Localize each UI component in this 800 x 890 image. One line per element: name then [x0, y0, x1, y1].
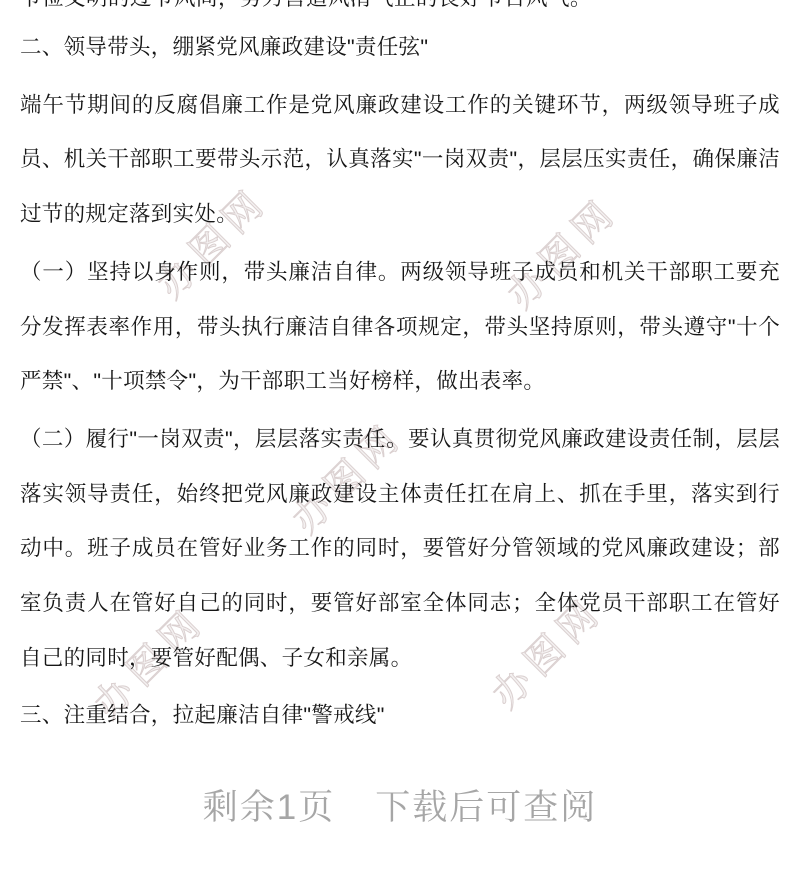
- document-page: 办图网 办图网 办图网 办图网 办图网 节俭文明的过节风尚，努力营造风清气正的良…: [0, 0, 800, 890]
- section-heading-2: 二、领导带头，绷紧党风廉政建设"责任弦": [20, 20, 780, 75]
- paragraph-intro: 端午节期间的反腐倡廉工作是党风廉政建设工作的关键环节，两级领导班子成员、机关干部…: [20, 78, 780, 242]
- clipped-text: 节俭文明的过节风尚，努力营造风清气正的良好节日风气。: [20, 0, 780, 12]
- paragraph-item-1: （一）坚持以身作则，带头廉洁自律。两级领导班子成员和机关干部职工要充分发挥表率作…: [20, 245, 780, 409]
- paragraph-item-2: （二）履行"一岗双责"，层层落实责任。要认真贯彻党风廉政建设责任制，层层落实领导…: [20, 412, 780, 686]
- download-hint-label: 下载后可查阅: [375, 788, 597, 827]
- pages-remaining-label: 剩余1页: [203, 788, 335, 827]
- document-body: 节俭文明的过节风尚，努力营造风清气正的良好节日风气。 二、领导带头，绷紧党风廉政…: [0, 0, 800, 743]
- footer-notice: 剩余1页下载后可查阅: [0, 784, 800, 832]
- section-heading-3: 三、注重结合，拉起廉洁自律"警戒线": [20, 688, 780, 743]
- clipped-text-line: 节俭文明的过节风尚，努力营造风清气正的良好节日风气。: [20, 0, 780, 12]
